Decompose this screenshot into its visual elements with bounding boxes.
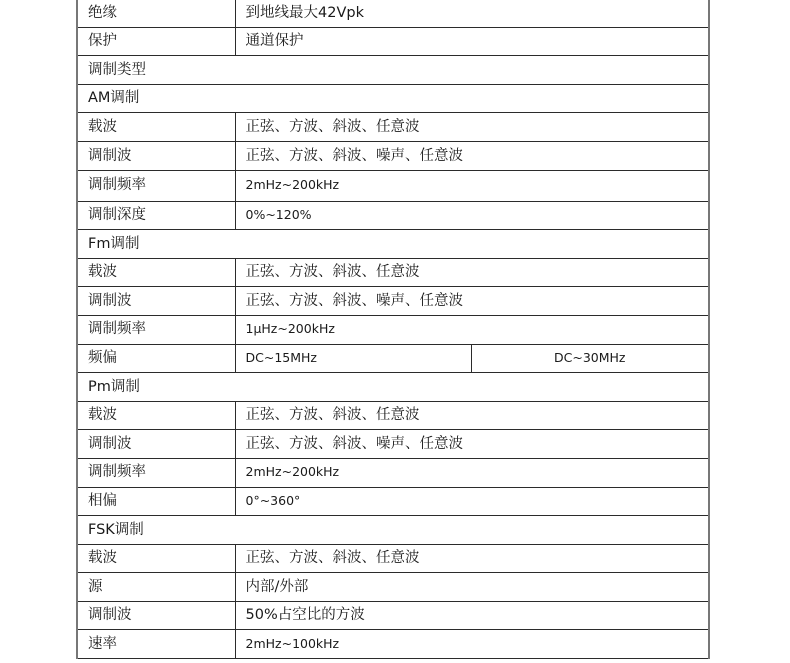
row-label: 载波 [77, 258, 235, 287]
row-label: 源 [77, 573, 235, 602]
table-row-fsk-rate: 速率 2mHz~100kHz [77, 630, 709, 659]
row-label: 载波 [77, 544, 235, 573]
row-value: 正弦、方波、斜波、噪声、任意波 [235, 430, 709, 459]
table-row-fsk-carrier: 载波 正弦、方波、斜波、任意波 [77, 544, 709, 573]
section-header-am: AM调制 [77, 84, 709, 113]
table-row-fsk-source: 源 内部/外部 [77, 573, 709, 602]
table-row-protection: 保护 通道保护 [77, 27, 709, 56]
row-label: 调制波 [77, 430, 235, 459]
row-label: 调制频率 [77, 170, 235, 201]
row-label: 调制频率 [77, 315, 235, 344]
row-value: 2mHz~200kHz [235, 170, 709, 201]
row-label: 速率 [77, 630, 235, 659]
row-label: 载波 [77, 113, 235, 142]
row-value: 正弦、方波、斜波、噪声、任意波 [235, 287, 709, 316]
row-value: 1μHz~200kHz [235, 315, 709, 344]
row-label: 调制波 [77, 287, 235, 316]
table-row-am-mod-wave: 调制波 正弦、方波、斜波、噪声、任意波 [77, 141, 709, 170]
section-header-fsk: FSK调制 [77, 516, 709, 545]
modulation-spec-table: 绝缘 到地线最大42Vpk 保护 通道保护 调制类型 AM调制 载波 正弦、方波… [76, 0, 710, 659]
row-value: 正弦、方波、斜波、任意波 [235, 258, 709, 287]
row-label: 载波 [77, 401, 235, 430]
row-value: 通道保护 [235, 27, 709, 56]
table-row-fm-deviation: 频偏 DC~15MHz DC~30MHz [77, 344, 709, 373]
section-title: 调制类型 [77, 56, 709, 85]
row-label: 相偏 [77, 487, 235, 516]
section-header-pm: Pm调制 [77, 373, 709, 402]
row-value: 到地线最大42Vpk [235, 0, 709, 27]
row-value: 2mHz~200kHz [235, 458, 709, 487]
table-row-pm-mod-wave: 调制波 正弦、方波、斜波、噪声、任意波 [77, 430, 709, 459]
row-value: 0%~120% [235, 201, 709, 230]
section-header-fm: Fm调制 [77, 230, 709, 259]
row-label: 调制频率 [77, 458, 235, 487]
table-row-fm-mod-freq: 调制频率 1μHz~200kHz [77, 315, 709, 344]
row-value: 正弦、方波、斜波、任意波 [235, 113, 709, 142]
row-label: 保护 [77, 27, 235, 56]
table-row-am-carrier: 载波 正弦、方波、斜波、任意波 [77, 113, 709, 142]
row-label: 频偏 [77, 344, 235, 373]
row-value: 正弦、方波、斜波、噪声、任意波 [235, 141, 709, 170]
section-title: FSK调制 [77, 516, 709, 545]
table-row-fm-carrier: 载波 正弦、方波、斜波、任意波 [77, 258, 709, 287]
row-value: 2mHz~100kHz [235, 630, 709, 659]
row-value: 正弦、方波、斜波、任意波 [235, 401, 709, 430]
row-value-30mhz: DC~30MHz [471, 344, 709, 373]
row-label: 调制波 [77, 601, 235, 630]
row-value: 正弦、方波、斜波、任意波 [235, 544, 709, 573]
row-label: 调制深度 [77, 201, 235, 230]
table-row-insulation: 绝缘 到地线最大42Vpk [77, 0, 709, 27]
table-row-am-mod-depth: 调制深度 0%~120% [77, 201, 709, 230]
section-title: Pm调制 [77, 373, 709, 402]
row-value: 内部/外部 [235, 573, 709, 602]
table-row-am-mod-freq: 调制频率 2mHz~200kHz [77, 170, 709, 201]
section-title: AM调制 [77, 84, 709, 113]
table-row-fm-mod-wave: 调制波 正弦、方波、斜波、噪声、任意波 [77, 287, 709, 316]
row-value: 0°~360° [235, 487, 709, 516]
row-value: 50%占空比的方波 [235, 601, 709, 630]
table-row-pm-carrier: 载波 正弦、方波、斜波、任意波 [77, 401, 709, 430]
table-row-fsk-mod-wave: 调制波 50%占空比的方波 [77, 601, 709, 630]
row-value-15mhz: DC~15MHz [235, 344, 471, 373]
section-header-modulation-type: 调制类型 [77, 56, 709, 85]
row-label: 调制波 [77, 141, 235, 170]
row-label: 绝缘 [77, 0, 235, 27]
section-title: Fm调制 [77, 230, 709, 259]
table-row-pm-phase-deviation: 相偏 0°~360° [77, 487, 709, 516]
table-row-pm-mod-freq: 调制频率 2mHz~200kHz [77, 458, 709, 487]
